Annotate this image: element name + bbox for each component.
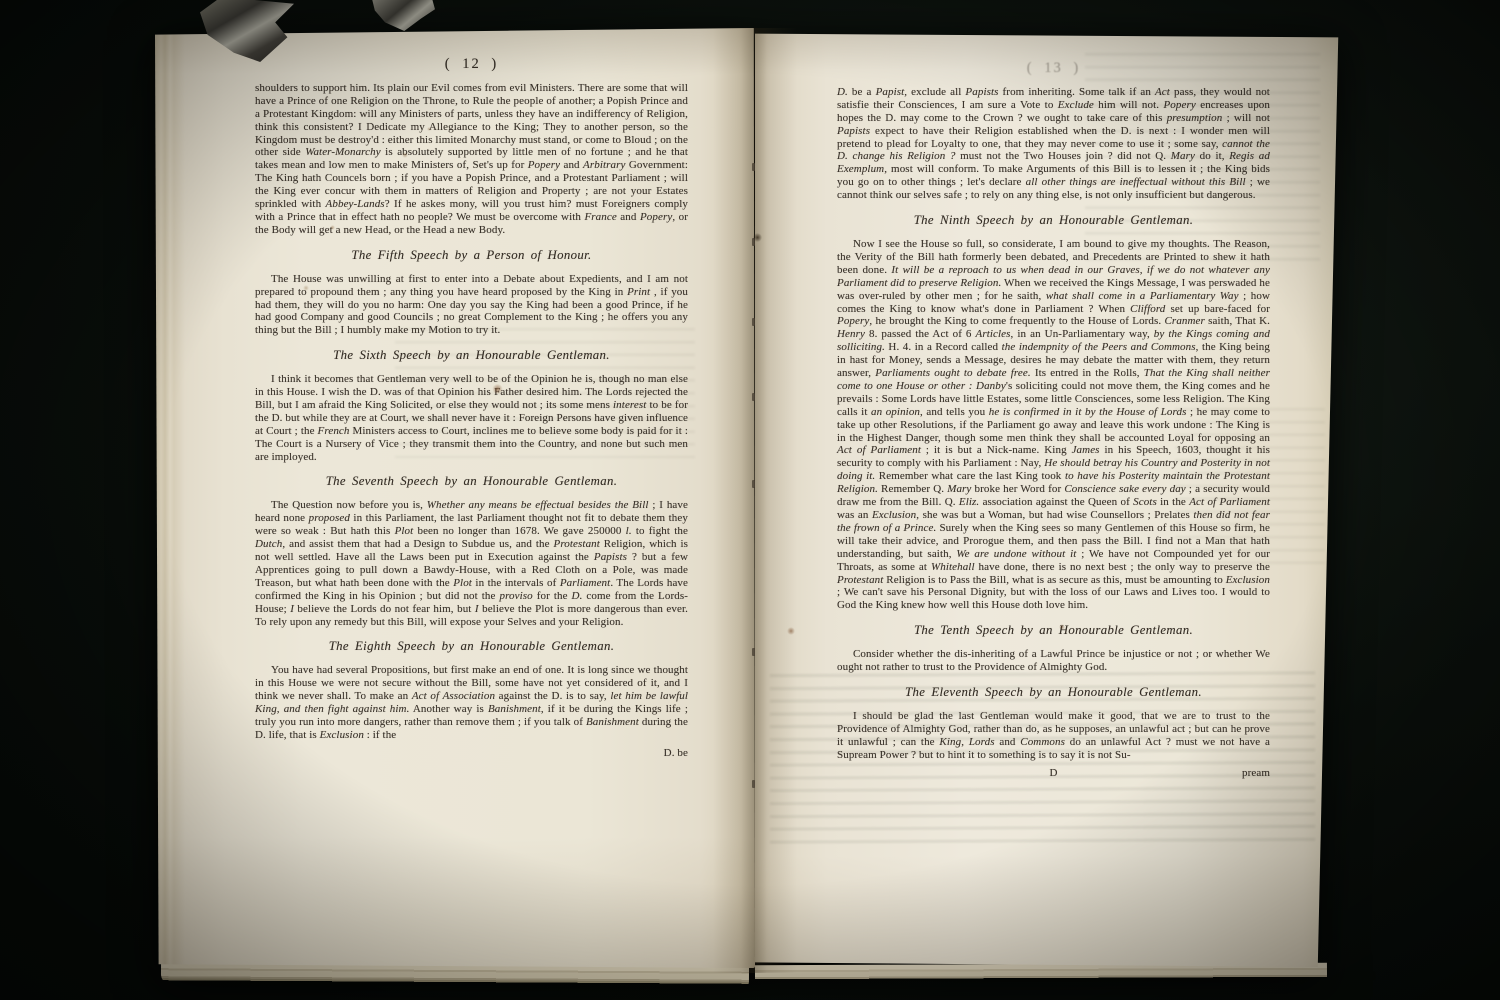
body-paragraph: shoulders to support him. Its plain our … [255, 82, 688, 237]
speech-heading: The Seventh Speech by an Honourable Gent… [255, 475, 688, 488]
speech-heading: The Eighth Speech by an Honourable Gentl… [255, 640, 688, 653]
catchword: D. be [255, 747, 688, 760]
page-number-right: ( 13 ) [837, 62, 1270, 75]
photo-of-open-book: ( 12 ) shoulders to support him. Its pla… [0, 0, 1500, 1000]
body-paragraph: Consider whether the dis-inheriting of a… [837, 648, 1270, 674]
speech-heading: The Tenth Speech by an Honourable Gentle… [837, 624, 1270, 637]
signature-mark: D [1049, 767, 1057, 780]
body-paragraph: The Question now before you is, Whether … [255, 499, 688, 628]
right-page: ( 13 ) D. be a Papist, exclude all Papis… [755, 28, 1340, 968]
torn-binding-fragment [371, 0, 435, 31]
open-book: ( 12 ) shoulders to support him. Its pla… [155, 28, 1340, 975]
signature-line: Dpream [837, 767, 1270, 781]
body-paragraph: I should be glad the last Gentleman woul… [837, 710, 1270, 762]
right-page-text: ( 13 ) D. be a Papist, exclude all Papis… [837, 62, 1270, 781]
page-stack-edge-bottom-right [755, 963, 1327, 987]
body-paragraph: You have had several Propositions, but f… [255, 664, 688, 741]
speech-heading: The Ninth Speech by an Honourable Gentle… [837, 214, 1270, 227]
left-page-blocks: shoulders to support him. Its plain our … [255, 82, 688, 760]
body-paragraph: I think it becomes that Gentleman very w… [255, 373, 688, 463]
right-page-blocks: D. be a Papist, exclude all Papists from… [837, 86, 1270, 781]
body-paragraph: The House was unwilling at first to ente… [255, 273, 688, 338]
speech-heading: The Sixth Speech by an Honourable Gentle… [255, 349, 688, 362]
speech-heading: The Fifth Speech by a Person of Honour. [255, 249, 688, 262]
body-paragraph: Now I see the House so full, so consider… [837, 238, 1270, 612]
body-paragraph: D. be a Papist, exclude all Papists from… [837, 86, 1270, 202]
left-page-text: ( 12 ) shoulders to support him. Its pla… [255, 58, 688, 760]
left-page: ( 12 ) shoulders to support him. Its pla… [155, 28, 755, 968]
page-number-left: ( 12 ) [255, 58, 688, 71]
catchword: pream [1242, 767, 1270, 780]
speech-heading: The Eleventh Speech by an Honourable Gen… [837, 686, 1270, 699]
